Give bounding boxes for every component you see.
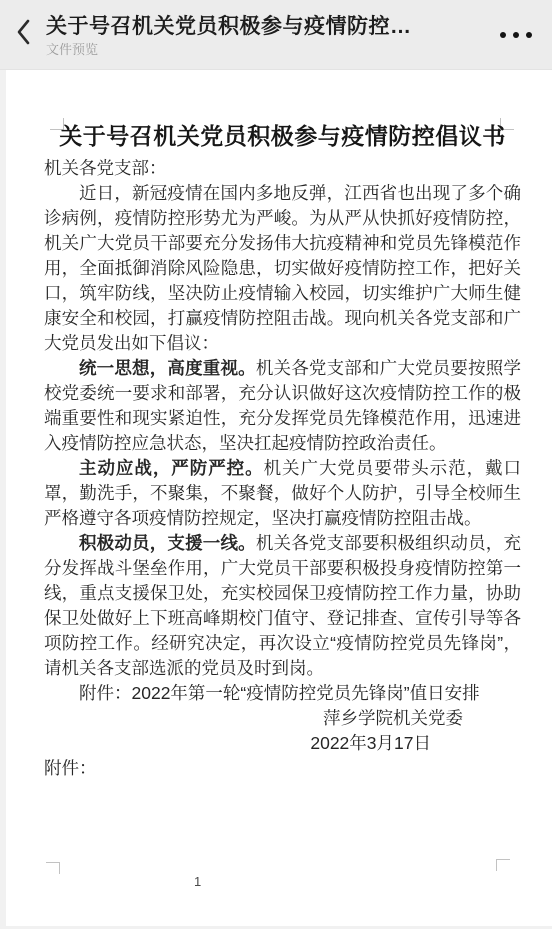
paragraph-lead: 积极动员，支援一线。 — [79, 533, 256, 553]
paragraph: 近日，新冠疫情在国内多地反弹，江西省也出现了多个确诊病例，疫情防控形势尤为严峻。… — [44, 181, 521, 356]
crop-mark-bottom-right — [496, 859, 510, 871]
paragraph-text: 近日，新冠疫情在国内多地反弹，江西省也出现了多个确诊病例，疫情防控形势尤为严峻。… — [44, 183, 521, 353]
signature: 萍乡学院机关党委 — [44, 706, 521, 731]
paragraph: 统一思想，高度重视。机关各党支部和广大党员要按照学校党委统一要求和部署，充分认识… — [44, 356, 521, 456]
paragraph: 主动应战，严防严控。机关广大党员要带头示范，戴口罩，勤洗手，不聚集，不聚餐，做好… — [44, 456, 521, 531]
document-title: 关于号召机关党员积极参与疫情防控倡议书 — [44, 120, 521, 152]
page-title: 关于号召机关党员积极参与疫情防控… — [46, 14, 488, 40]
header-bar: 关于号召机关党员积极参与疫情防控… 文件预览 — [0, 0, 552, 70]
crop-mark-bottom-left — [46, 862, 60, 874]
more-dots-icon — [500, 32, 532, 38]
paragraph-lead: 统一思想，高度重视。 — [79, 358, 256, 378]
paragraph: 积极动员，支援一线。机关各党支部要积极组织动员，充分发挥战斗堡垒作用，广大党员干… — [44, 531, 521, 681]
file-preview-screen: 关于号召机关党员积极参与疫情防控… 文件预览 关于号召机关党员积极参与疫情防控倡… — [0, 0, 552, 929]
attachment-label: 附件： — [44, 756, 521, 781]
back-button[interactable] — [0, 0, 46, 70]
paragraph-lead: 主动应战，严防严控。 — [79, 458, 264, 478]
page-edge-sliver — [0, 70, 6, 929]
signature-date: 2022年3月17日 — [44, 731, 521, 756]
more-menu-button[interactable] — [488, 0, 552, 70]
salutation: 机关各党支部： — [44, 156, 521, 181]
document-page[interactable]: 关于号召机关党员积极参与疫情防控倡议书 机关各党支部： 近日，新冠疫情在国内多地… — [6, 70, 552, 926]
attachment-line: 附件：2022年第一轮“疫情防控党员先锋岗”值日安排 — [44, 681, 521, 706]
chevron-left-icon — [16, 18, 31, 51]
header-titles: 关于号召机关党员积极参与疫情防控… 文件预览 — [46, 12, 488, 58]
document-body: 关于号召机关党员积极参与疫情防控倡议书 机关各党支部： 近日，新冠疫情在国内多地… — [44, 120, 521, 781]
paragraph-text: 机关各党支部要积极组织动员，充分发挥战斗堡垒作用，广大党员干部要积极投身疫情防控… — [44, 533, 521, 678]
page-subtitle: 文件预览 — [46, 41, 488, 58]
page-number: 1 — [194, 874, 201, 889]
